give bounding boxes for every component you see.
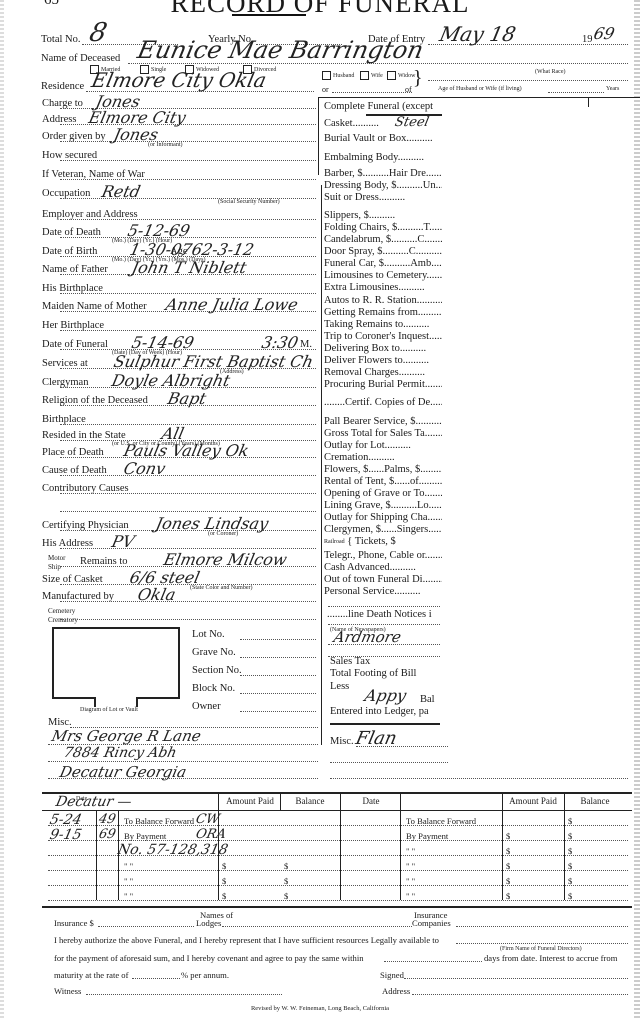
lot-field-line[interactable] [240, 711, 316, 712]
misc-right-line-3 [330, 778, 628, 779]
sales-tax-label: Sales Tax [330, 656, 370, 668]
charge-item[interactable]: Casket.......... [324, 118, 442, 130]
charge-item[interactable]: Slippers, $.......... [324, 210, 442, 222]
ledger-right-desc: " " [406, 846, 415, 856]
field-line[interactable] [60, 424, 316, 425]
charge-item[interactable]: Autos to R. R. Station.......... [324, 295, 442, 307]
signed-label: Signed [380, 970, 404, 980]
witness-line[interactable] [86, 994, 282, 995]
ledger-note-value[interactable]: ORA [194, 827, 227, 842]
entered-ledger-label: Entered into Ledger, pa [330, 706, 429, 718]
ledger-right-desc: " " [406, 891, 415, 901]
charge-item[interactable]: ........Certif. Copies of De.......... [324, 397, 442, 409]
residence-label: Residence [41, 81, 84, 93]
field-line[interactable] [60, 619, 316, 620]
charges-top-rule [318, 97, 640, 98]
field-line[interactable] [60, 493, 316, 494]
lot-field-label: Owner [192, 701, 221, 713]
age-spouse-line [548, 92, 604, 93]
misc-right-line-2 [330, 762, 448, 763]
field-value[interactable]: Okla [136, 585, 178, 604]
charge-item[interactable]: Taking Remains to.......... [324, 319, 442, 331]
ledger-row-line [48, 885, 628, 886]
field-value[interactable]: Anne Julia Lowe [164, 295, 300, 314]
charge-item[interactable]: Pall Bearer Service, $.......... [324, 416, 442, 428]
authorize-text: I hereby authorize the above Funeral, an… [54, 935, 439, 945]
lot-field-line[interactable] [240, 675, 316, 676]
field-line[interactable] [60, 475, 316, 476]
field-value[interactable]: Doyle Albright [110, 371, 232, 390]
page-title: RECORD OF FUNERAL [0, 0, 640, 19]
field-line[interactable] [60, 548, 316, 549]
bal-label: Bal [420, 694, 435, 706]
ledger-note-value[interactable]: CW [194, 812, 221, 827]
or-label: or [322, 85, 329, 94]
insurance-label: Insurance $ [54, 918, 94, 928]
lot-diagram-bottom-right [136, 697, 178, 699]
field-sublabel: (or Coroner) [208, 531, 238, 537]
residence-value[interactable]: Elmore City Okla [89, 68, 268, 92]
field-value[interactable]: PV [110, 532, 136, 551]
charge-item[interactable]: Rental of Tent, $......of.......... [324, 476, 442, 488]
currency-sign: $ [284, 891, 288, 901]
witness-label: Witness [54, 986, 81, 996]
charge-item[interactable]: Railroad { Tickets, $ [324, 536, 442, 548]
ledger-date-value[interactable]: 9-15 [48, 827, 83, 843]
spouse-husband[interactable]: Husband [322, 71, 354, 80]
diagram-caption: Diagram of Lot or Vault [80, 707, 138, 713]
lot-diagram-bottom-left [52, 697, 96, 699]
years-label: Years [606, 86, 619, 92]
title-underline [232, 14, 306, 16]
lot-field-line[interactable] [240, 693, 316, 694]
currency-sign: $ [568, 846, 572, 856]
ledger-left-desc: " " [124, 891, 133, 901]
insurance-line[interactable] [98, 926, 194, 927]
currency-sign: $ [284, 861, 288, 871]
days-text: days from date. Interest to accrue from [484, 953, 617, 963]
field-line[interactable] [60, 511, 316, 512]
field-prefix: Ship [48, 563, 61, 571]
less-label: Less [330, 681, 349, 693]
field-value[interactable]: Pauls Valley Ok [122, 441, 251, 460]
field-value[interactable]: Retd [100, 182, 142, 201]
checkbox-widow[interactable] [387, 71, 396, 80]
charge-item[interactable]: Embalming Body.......... [324, 152, 442, 164]
ledger-right-desc: " " [406, 861, 415, 871]
misc-right-label: Misc. [330, 736, 354, 748]
charges-tick [588, 97, 589, 107]
time-suffix: M. [300, 339, 312, 351]
ledger-right-amount-header: Amount Paid [504, 796, 562, 806]
misc-left-line-3 [48, 761, 318, 762]
charge-item[interactable]: Candelabrum, $..........C.......... [324, 234, 442, 246]
currency-sign: $ [506, 876, 510, 886]
field-value[interactable]: Elmore Milcow [162, 550, 289, 569]
charge-item[interactable]: Clergymen, $......Singers.......... [324, 524, 442, 536]
ledger-row-line [48, 870, 628, 871]
address-label: Address [382, 986, 410, 996]
checkbox-wife[interactable] [360, 71, 369, 80]
charge-item[interactable]: Outlay for Shipping Cha.......... [324, 512, 442, 524]
companies-label: Companies [412, 918, 451, 928]
field-sublabel: (or Informant) [148, 142, 183, 148]
charge-item[interactable]: Telegr., Phone, Cable or.......... [324, 550, 442, 562]
maturity-text: maturity at the rate of [54, 970, 128, 980]
ledger-right-balance-header: Balance [566, 796, 624, 806]
ledger-right-date-header: Date [342, 796, 400, 806]
lot-diagram-post-left [94, 697, 96, 707]
charge-item[interactable]: Getting Remains from.......... [324, 307, 442, 319]
field-value[interactable]: Bapt [166, 389, 208, 408]
currency-sign: $ [568, 831, 572, 841]
currency-sign: $ [222, 876, 226, 886]
charge-item[interactable]: Removal Charges.......... [324, 367, 442, 379]
charge-item[interactable]: Opening of Grave or To.......... [324, 488, 442, 500]
currency-sign: $ [506, 846, 510, 856]
currency-sign: $ [222, 891, 226, 901]
ledger-right-desc: By Payment [406, 831, 448, 841]
charge-item[interactable]: Burial Vault or Box.......... [324, 133, 442, 145]
lot-diagram-post-right [136, 697, 138, 707]
currency-sign: $ [506, 891, 510, 901]
ledger-year-value[interactable]: 49 [97, 812, 117, 827]
firm-name-label: (Firm Name of Funeral Directors) [500, 946, 582, 952]
lodges-line[interactable] [222, 926, 412, 927]
ledger-left-desc: By Payment [124, 831, 166, 841]
field-line[interactable] [60, 330, 316, 331]
ledger-right-desc: " " [406, 876, 415, 886]
days-line[interactable] [384, 961, 482, 962]
charge-item[interactable]: Deliver Flowers to.......... [324, 355, 442, 367]
lot-field-line[interactable] [240, 657, 316, 658]
currency-sign: $ [568, 861, 572, 871]
address-line[interactable] [412, 994, 628, 995]
charge-item[interactable]: Limousines to Cemetery.......... [324, 270, 442, 282]
ledger-left-desc: " " [124, 876, 133, 886]
charge-item[interactable]: Personal Service.......... [324, 586, 442, 598]
field-line[interactable] [60, 179, 316, 180]
lot-field-label: Section No. [192, 665, 242, 677]
date-of-entry-value[interactable]: May 18 [437, 22, 518, 46]
misc-left-value-3[interactable]: Decatur Georgia [58, 763, 188, 781]
field-sublabel: (State Color and Number) [190, 585, 252, 591]
companies-line[interactable] [456, 926, 628, 927]
lodges-label: Lodges [196, 918, 221, 928]
field-prefix: Crematory [48, 616, 78, 624]
scan-edge-right [634, 0, 640, 1019]
ledger-right-desc: To Balance Forward [406, 816, 476, 826]
scan-edge-left [0, 0, 4, 1019]
charge-prefix: Railroad [324, 539, 345, 545]
charge-item[interactable]: Lining Grave, $..........Lo.......... [324, 500, 442, 512]
ledger-date-value[interactable]: 5-24 [48, 812, 83, 828]
charge-item[interactable]: Out of town Funeral Di.......... [324, 574, 442, 586]
race-line [428, 80, 628, 81]
charges-header: Complete Funeral (except [324, 101, 433, 113]
charge-item[interactable]: Procuring Burial Permit.......... [324, 379, 442, 391]
year-value[interactable]: 69 [592, 24, 616, 43]
ledger-left-desc: To Balance Forward [124, 816, 194, 826]
blank-line-2 [328, 624, 440, 625]
ledger-left-desc: " " [124, 861, 133, 871]
ledger-left-amount-header: Amount Paid [220, 796, 280, 806]
charge-item[interactable]: Outlay for Lot.......... [324, 440, 442, 452]
charge-item[interactable]: Dressing Body, $..........Un.......... [324, 180, 442, 192]
currency-sign: $ [506, 861, 510, 871]
total-footing-label: Total Footing of Bill [330, 668, 416, 680]
brace: } [413, 72, 423, 84]
currency-sign: $ [506, 831, 510, 841]
what-race-label: (What Race) [535, 69, 565, 75]
field-value[interactable]: Conv [122, 459, 167, 478]
spouse-widow[interactable]: Widow [387, 71, 415, 80]
ledger-check-number[interactable]: No. 57-128,318 [116, 842, 229, 858]
charge-text: { Tickets, $ [345, 536, 396, 547]
ledger-header-rule [42, 810, 632, 811]
charge-item[interactable]: Funeral Car, $..........Amb.......... [324, 258, 442, 270]
age-spouse-label: Age of Husband or Wife (if living) [438, 86, 522, 92]
charge-item[interactable]: Cash Advanced.......... [324, 562, 442, 574]
lot-field-label: Block No. [192, 683, 235, 695]
field-prefix: Motor [48, 554, 66, 562]
death-notices-label: ........line Death Notices i [327, 609, 432, 621]
field-value[interactable]: Sulphur First Baptist Ch [112, 352, 315, 371]
lot-diagram [52, 627, 180, 699]
field-value[interactable]: John T Niblett [130, 258, 248, 277]
lot-field-label: Grave No. [192, 647, 236, 659]
charge-item[interactable]: Gross Total for Sales Ta.......... [324, 428, 442, 440]
misc-left-value-1[interactable]: Mrs George R Lane [50, 727, 203, 745]
less-value[interactable]: Appy [363, 686, 408, 705]
field-sublabel: (Social Security Number) [218, 199, 280, 205]
currency-sign: $ [284, 876, 288, 886]
deceased-name-label: Name of Deceased [41, 53, 120, 65]
ledger-bottom-rule [42, 906, 632, 908]
misc-right-line [356, 746, 448, 747]
per-annum-text: % per annum. [181, 970, 229, 980]
charge-item[interactable]: Barber, $..........Hair Dre.......... [324, 168, 442, 180]
currency-sign: $ [222, 861, 226, 871]
field-line[interactable] [60, 293, 316, 294]
charge-item[interactable]: Delivering Box to.......... [324, 343, 442, 355]
field-line[interactable] [60, 601, 316, 602]
lot-field-label: Lot No. [192, 629, 225, 641]
field-line[interactable] [60, 160, 316, 161]
field-line[interactable] [60, 219, 316, 220]
lot-field-line[interactable] [240, 639, 316, 640]
payment-text: for the payment of aforesaid sum, and I … [54, 953, 364, 963]
newspaper-line-1 [328, 644, 440, 645]
charge-item[interactable]: Trip to Coroner's Inquest.......... [324, 331, 442, 343]
ledger-left-sep [280, 794, 281, 810]
funeral-time-value[interactable]: 3:30 [260, 333, 300, 352]
charge-item[interactable]: Door Spray, $..........C.......... [324, 246, 442, 258]
total-no-label: Total No. [41, 34, 81, 46]
firm-name-line[interactable] [456, 943, 628, 944]
ledger-left-balance-header: Balance [282, 796, 338, 806]
signed-line[interactable] [404, 978, 628, 979]
currency-sign: $ [568, 891, 572, 901]
charge-item[interactable]: Folding Chairs, $..........T.......... [324, 222, 442, 234]
spouse-wife[interactable]: Wife [360, 71, 383, 80]
year-prefix: 19 [582, 34, 593, 46]
charge-item[interactable]: Suit or Dress.......... [324, 192, 442, 204]
deceased-name-value[interactable]: Eunice Mae Barrington [135, 36, 426, 64]
of-label: of [405, 85, 412, 94]
field-prefix: Cemetery [48, 607, 75, 615]
revised-by: Revised by W. W. Feineman, Long Beach, C… [0, 1005, 640, 1012]
rate-line[interactable] [132, 978, 180, 979]
ledger-left-date-value[interactable]: Decatur — [54, 794, 133, 810]
charge-item[interactable]: Flowers, $......Palms, $.......... [324, 464, 442, 476]
field-line[interactable] [60, 141, 316, 142]
spouse-name-line [332, 92, 412, 93]
blank-line [328, 606, 440, 607]
checkbox-husband[interactable] [322, 71, 331, 80]
ledger-row-line [48, 900, 628, 901]
currency-sign: $ [568, 876, 572, 886]
charge-item[interactable]: Cremation.......... [324, 452, 442, 464]
charges-box-left-border [321, 185, 322, 745]
misc-left-value-2[interactable]: 7884 Rincy Abh [62, 745, 178, 761]
ledger-year-value[interactable]: 69 [97, 827, 117, 842]
currency-sign: $ [568, 816, 572, 826]
charge-item[interactable]: Extra Limousines.......... [324, 282, 442, 294]
charges-bottom-rule [330, 723, 440, 725]
